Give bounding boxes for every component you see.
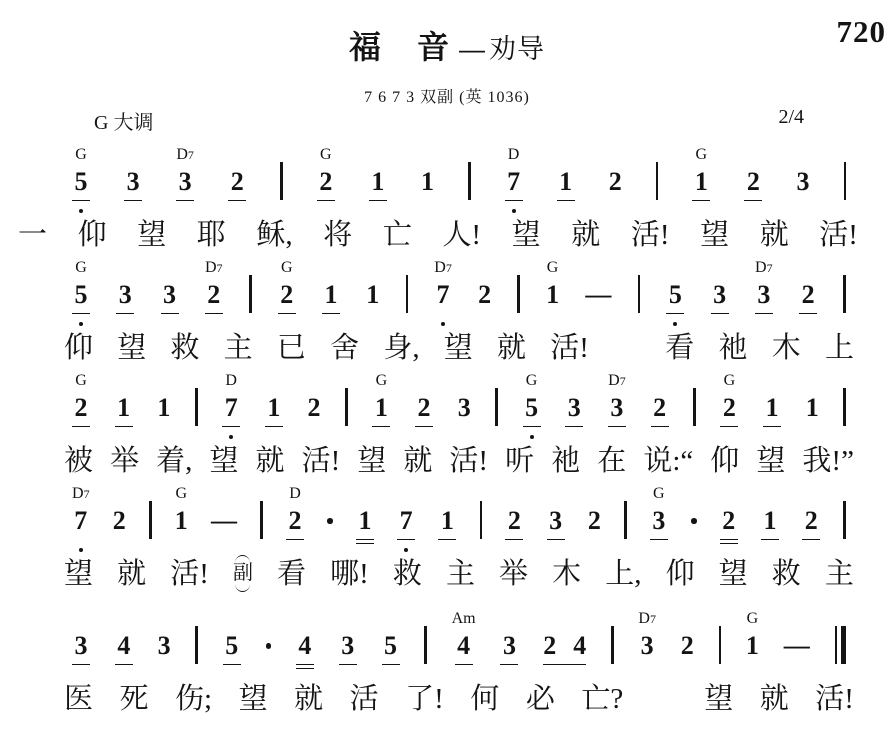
eighth-underline [296, 668, 314, 670]
lyric-syllable: 举 [499, 557, 528, 591]
note-digit: 3 [163, 280, 176, 310]
eighth-underline [415, 426, 433, 428]
bar-line [638, 275, 641, 313]
note-main [266, 631, 272, 661]
note-main: 3 [179, 167, 192, 197]
eighth-underline [802, 539, 820, 541]
barline [260, 484, 263, 554]
underline-slot [691, 536, 697, 546]
note: D73 [608, 371, 626, 441]
bar-line [260, 501, 263, 539]
eighth-underline [286, 539, 304, 541]
lyric-syllable: 望 [756, 444, 785, 478]
underline-slot [468, 197, 471, 207]
lyric-syllable: 救 [393, 557, 422, 591]
low-octave-slot [79, 320, 83, 328]
chord-label: G [175, 485, 187, 502]
note-main: 3 [75, 631, 88, 661]
underline-slot [308, 423, 321, 433]
note: G2 [278, 258, 296, 328]
note-digit: 1 [746, 631, 759, 661]
lyric-syllable: 活! [170, 557, 209, 591]
underline-slot [72, 661, 90, 671]
note-digit: 2 [543, 631, 556, 661]
note: 24 [543, 609, 586, 679]
note-main: 1 [695, 167, 708, 197]
note-main: 1 [746, 631, 759, 661]
chord-label: D7 [608, 372, 626, 389]
barline [195, 371, 198, 441]
underline-slot [369, 197, 387, 207]
lyric-syllable: 木 [552, 557, 581, 591]
note-main: 5 [669, 280, 682, 310]
underline-slot [666, 310, 684, 320]
note-main: 4 [117, 631, 130, 661]
note: 5 [666, 258, 684, 328]
note: 2 [802, 484, 820, 554]
underline-slot [557, 197, 575, 207]
note-main: 3 [503, 631, 516, 661]
underline-slot [480, 536, 483, 546]
barline [624, 484, 627, 554]
underline-slot [397, 536, 415, 546]
lyric-syllable: 将 [323, 218, 352, 252]
note: 3 [339, 609, 357, 679]
chord-number: 7 [650, 612, 656, 626]
chord-slot: G [75, 145, 87, 167]
note-main [468, 167, 471, 197]
note: 2 [228, 145, 246, 215]
underline-slot [478, 310, 491, 320]
underline-slot [638, 661, 656, 671]
lyric-syllable: 望 [137, 218, 166, 252]
key-signature: G 大调 [94, 106, 153, 135]
eighth-underline [116, 313, 134, 315]
note-main: — [585, 280, 611, 310]
note-digit: 1 [366, 280, 379, 310]
underline-slot [158, 661, 171, 671]
note: 1 [763, 371, 781, 441]
note-main: 3 [163, 280, 176, 310]
chord-number: 7 [767, 261, 773, 275]
note-main [835, 631, 847, 661]
note-main: 1 [764, 506, 777, 536]
lyric-syllable: 伤; [175, 682, 212, 716]
note-digit: 2 [681, 631, 694, 661]
underline-slot [711, 310, 729, 320]
note-main: — [784, 631, 810, 661]
note-main: 7 [437, 280, 450, 310]
barline [480, 484, 483, 554]
note: 3 [458, 371, 471, 441]
note-main: 2 [805, 506, 818, 536]
note: 2 [505, 484, 523, 554]
underline-slot [195, 661, 198, 671]
note-digit: 7 [74, 506, 87, 536]
note-digit: 3 [652, 506, 665, 536]
underline-slot [72, 536, 90, 546]
note: G1 [746, 609, 759, 679]
chord-slot: G [376, 371, 388, 393]
note: 2 [308, 371, 321, 441]
eighth-underline [176, 200, 194, 202]
note: G1 [692, 145, 710, 215]
note-digit: 3 [713, 280, 726, 310]
note-main [638, 280, 641, 310]
chord-number: 7 [446, 261, 452, 275]
lyric-syllable: 祂 [719, 331, 748, 365]
underline-slot [161, 310, 179, 320]
lyric-syllable: 被 [64, 444, 93, 478]
tune-reference: 7 6 7 3 双副 (英 1036) [0, 84, 894, 107]
barline [424, 609, 427, 679]
note: 1 [421, 145, 434, 215]
note-main [480, 506, 483, 536]
low-octave-slot [441, 320, 445, 328]
half-note-dash: — [585, 280, 611, 310]
low-octave-dot [512, 209, 516, 213]
hymn-sheet-page: 720 福 音—劝导 7 6 7 3 双副 (英 1036) G 大调 2/4 … [0, 0, 894, 749]
eighth-underline [650, 539, 668, 541]
low-octave-slot [229, 433, 233, 441]
underline-slot [585, 310, 611, 320]
lyric-syllable: 望 [357, 444, 386, 478]
barline [468, 145, 471, 215]
note: 7 [397, 484, 415, 554]
note-main: 2 [418, 393, 431, 423]
note-digit: 2 [805, 506, 818, 536]
chord-slot: G [724, 371, 736, 393]
underline-slot [406, 310, 409, 320]
note-digit: 5 [669, 280, 682, 310]
lyrics-row: 望就活!副看哪!救主举木上,仰望救主 [0, 557, 894, 592]
underline-slot [228, 197, 246, 207]
note-digit: 2 [722, 506, 735, 536]
lyric-syllable: 木 [772, 331, 801, 365]
system-1: G53D732G211D712G123一仰望耶稣,将亡人!望就活!望就活! [0, 145, 894, 258]
eighth-underline [228, 200, 246, 202]
bar-line [844, 162, 847, 200]
eighth-underline [438, 539, 456, 541]
note-main: 3 [757, 280, 770, 310]
underline-slot [638, 310, 641, 320]
chord-slot: G [320, 145, 332, 167]
bar-line [406, 275, 409, 313]
lyric-syllable: 就 [760, 218, 789, 252]
underline-slot [345, 423, 348, 433]
note-digit: 7 [507, 167, 520, 197]
underline-slot [806, 423, 819, 433]
note-main [260, 506, 263, 536]
underline-slot [339, 661, 357, 671]
underline-slot [223, 661, 241, 671]
lyrics-row: 医死伤;望就活了!何必亡?望就活! [0, 682, 894, 716]
eighth-underline [372, 426, 390, 428]
chord-slot: D7 [176, 145, 194, 167]
note-main: 2 [588, 506, 601, 536]
lyric-syllable: 活! [815, 682, 854, 716]
note-main: 2 [747, 167, 760, 197]
chord-label: D7 [205, 259, 223, 276]
note: 1 [806, 371, 819, 441]
note-main [843, 506, 846, 536]
note-main: 1 [546, 280, 559, 310]
underline-slot [458, 423, 471, 433]
note-main: 1 [157, 393, 170, 423]
chord-slot: G [75, 371, 87, 393]
underline-slot [844, 197, 847, 207]
note: 1 [265, 371, 283, 441]
note-main: 5 [75, 280, 88, 310]
chord-label: D7 [72, 485, 90, 502]
underline-slot [692, 197, 710, 207]
note-digit: 3 [757, 280, 770, 310]
note-main: 5 [525, 393, 538, 423]
note-main: 3 [549, 506, 562, 536]
chord-slot: G [75, 258, 87, 280]
chord-slot: D7 [755, 258, 773, 280]
eighth-underline [124, 200, 142, 202]
notes-row: G53D732G211D712G123 [0, 145, 894, 215]
dot-glyph [327, 518, 333, 524]
note-digit: 3 [503, 631, 516, 661]
chord-slot: D7 [205, 258, 223, 280]
note-main [693, 393, 696, 423]
dash-note: — [585, 258, 611, 328]
underline-slot [280, 197, 283, 207]
note: 5 [223, 609, 241, 679]
note-digit: 3 [158, 631, 171, 661]
lyric-syllable: 活! [449, 444, 488, 478]
lyric-syllable: 必 [526, 682, 555, 716]
note-digit: 5 [75, 167, 88, 197]
note-digit: 1 [157, 393, 170, 423]
underline-slot [799, 310, 817, 320]
note-digit: 4 [117, 631, 130, 661]
underline-slot [175, 536, 188, 546]
note-digit: 2 [508, 506, 521, 536]
bar-line [719, 626, 722, 664]
chord-label: D7 [638, 610, 656, 627]
note-main [345, 393, 348, 423]
underline-slot [720, 423, 738, 433]
note-main [611, 631, 614, 661]
key-meter-row: G 大调 2/4 [94, 106, 804, 135]
note-main [624, 506, 627, 536]
underline-slot [327, 536, 333, 546]
eighth-underline [761, 539, 779, 541]
refrain-character: 副 [233, 563, 253, 584]
note-main [843, 280, 846, 310]
underline-slot [565, 423, 583, 433]
chord-number: 7 [620, 374, 626, 388]
eighth-underline [161, 313, 179, 315]
chord-slot: G [747, 609, 759, 631]
lyric-syllable: 活! [819, 218, 858, 252]
note: 2 [113, 484, 126, 554]
bar-line [843, 388, 846, 426]
note-main: 7 [400, 506, 413, 536]
note: 4 [296, 609, 314, 679]
note-digit: 2 [75, 393, 88, 423]
note-main: 3 [341, 631, 354, 661]
underline-slot [286, 536, 304, 546]
note-main: 7 [225, 393, 238, 423]
underline-slot [546, 310, 559, 320]
lyric-syllable: 望 [700, 218, 729, 252]
lyric-syllable: 望 [704, 682, 733, 716]
note-digit: 7 [437, 280, 450, 310]
note-main: 2 [231, 167, 244, 197]
note-digit: 5 [525, 393, 538, 423]
note-main: 3 [568, 393, 581, 423]
lyric-syllable: 就 [571, 218, 600, 252]
note-main [149, 506, 152, 536]
low-octave-dot [673, 322, 677, 326]
underline-slot [157, 423, 170, 433]
lyric-syllable: 人! [442, 218, 481, 252]
note-main: 3 [796, 167, 809, 197]
system-5: 3435435Am4324D732G1—医死伤;望就活了!何必亡?望就活! [0, 609, 894, 722]
note-main: 1 [366, 280, 379, 310]
bar-line [345, 388, 348, 426]
note-digit: 3 [610, 393, 623, 423]
chord-label: G [75, 372, 87, 389]
note-main: 2 [681, 631, 694, 661]
note: 3 [161, 258, 179, 328]
lyric-syllable: 主 [825, 557, 854, 591]
lyric-syllable: 就 [497, 331, 526, 365]
note-main [280, 167, 283, 197]
note-main: 2 [723, 393, 736, 423]
augmentation-dot [327, 484, 333, 554]
note-digit: 2 [802, 280, 815, 310]
lyric-syllable: 上, [605, 557, 641, 591]
eighth-underline [369, 200, 387, 202]
underline-slot [296, 661, 314, 671]
note: G2 [317, 145, 335, 215]
underline-slot [608, 423, 626, 433]
lyric-syllable: 望 [239, 682, 268, 716]
note-main: 24 [543, 631, 586, 661]
chord-slot: D [289, 484, 301, 506]
chord-label: G [653, 485, 665, 502]
underline-slot [115, 423, 133, 433]
eighth-underline [720, 539, 738, 541]
eighth-underline [115, 426, 133, 428]
note: G5 [523, 371, 541, 441]
note-digit: 1 [806, 393, 819, 423]
chord-label: G [696, 146, 708, 163]
underline-slot [278, 310, 296, 320]
note-digit: 2 [723, 393, 736, 423]
note-digit: 1 [371, 167, 384, 197]
note-main: 3 [641, 631, 654, 661]
eighth-underline [505, 539, 523, 541]
barline [638, 258, 641, 328]
eighth-underline [72, 664, 90, 666]
underline-slot [656, 197, 659, 207]
note: 2 [720, 484, 738, 554]
lyric-syllable: 望 [64, 557, 93, 591]
eighth-underline [744, 200, 762, 202]
lyric-syllable: 仰 [710, 444, 739, 478]
note-digit: 1 [175, 506, 188, 536]
note-main: 1 [375, 393, 388, 423]
chord-label: G [75, 259, 87, 276]
low-octave-dot [404, 548, 408, 552]
chord-slot: D7 [72, 484, 90, 506]
underline-slot [266, 661, 272, 671]
chord-slot: D7 [608, 371, 626, 393]
note-digit: 1 [358, 506, 371, 536]
note-main: 1 [267, 393, 280, 423]
underline-slot [505, 197, 523, 207]
eighth-underline [557, 200, 575, 202]
note: 3 [565, 371, 583, 441]
note: 3 [116, 258, 134, 328]
note: 3 [124, 145, 142, 215]
underline-slot [265, 423, 283, 433]
note-digit: 3 [458, 393, 471, 423]
note: D77 [72, 484, 90, 554]
chord-slot: G [696, 145, 708, 167]
lyric-syllable: 望 [209, 444, 238, 478]
note-main: 2 [308, 393, 321, 423]
underline-slot [113, 536, 126, 546]
note-digit: 3 [179, 167, 192, 197]
title-dash: — [459, 34, 485, 64]
note-digit: 2 [609, 167, 622, 197]
note: 2 [744, 145, 762, 215]
note-main [517, 280, 520, 310]
note-main [843, 393, 846, 423]
note-main: 7 [507, 167, 520, 197]
note-main: 1 [806, 393, 819, 423]
bar-line [249, 275, 252, 313]
note-main: 2 [802, 280, 815, 310]
half-note-dash: — [784, 631, 810, 661]
chord-slot: G [526, 371, 538, 393]
chord-label: D [225, 372, 237, 389]
underline-slot [523, 423, 541, 433]
note-main [406, 280, 409, 310]
barline [611, 609, 614, 679]
underline-slot [719, 661, 722, 671]
note-digit: 3 [341, 631, 354, 661]
dot-glyph [691, 518, 697, 524]
note-main: 2 [653, 393, 666, 423]
lyric-syllable: 活! [302, 444, 341, 478]
note-digit: 1 [766, 393, 779, 423]
note: G2 [720, 371, 738, 441]
note-main: 3 [652, 506, 665, 536]
chord-slot: D7 [434, 258, 452, 280]
low-octave-dot [229, 435, 233, 439]
chord-slot: D [225, 371, 237, 393]
bar-line [843, 501, 846, 539]
note-digit: 7 [225, 393, 238, 423]
note: 2 [588, 484, 601, 554]
notes-row: G533D72G211D772G1—53D732 [0, 258, 894, 328]
lyric-syllable: 仰 [64, 331, 93, 365]
underline-slot [115, 661, 133, 671]
lyric-syllable: 活! [550, 331, 589, 365]
note-digit: 1 [421, 167, 434, 197]
eighth-underline [543, 664, 586, 666]
underline-slot [611, 661, 614, 671]
note: D2 [286, 484, 304, 554]
